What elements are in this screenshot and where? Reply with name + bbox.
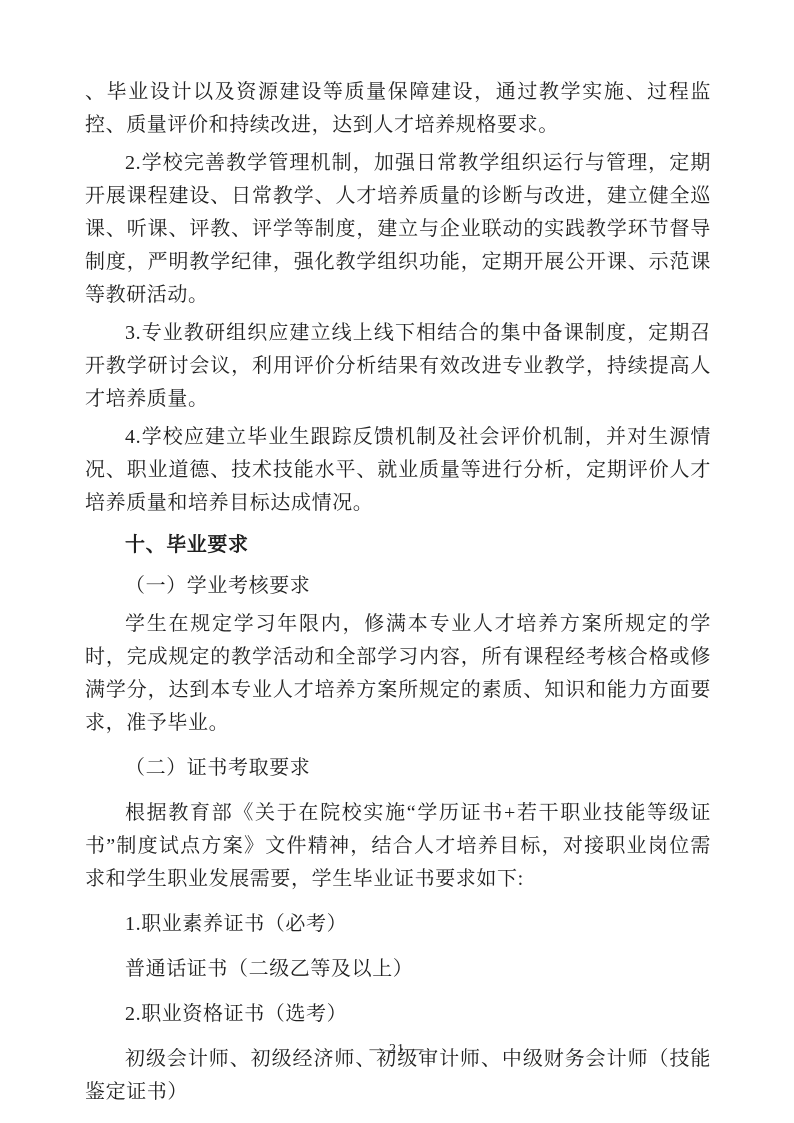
list-item-certificate-1: 1.职业素养证书（必考） xyxy=(85,908,711,941)
list-item-putonghua-certificate: 普通话证书（二级乙等及以上） xyxy=(85,953,711,986)
paragraph-academic-assessment: 学生在规定学习年限内，修满本专业人才培养方案所规定的学时，完成规定的教学活动和全… xyxy=(85,608,711,740)
page-content: 、毕业设计以及资源建设等质量保障建设，通过教学实施、过程监控、质量评价和持续改进… xyxy=(85,76,711,1109)
paragraph-item-4: 4.学校应建立毕业生跟踪反馈机制及社会评价机制，并对生源情况、职业道德、技术技能… xyxy=(85,421,711,520)
subsection-heading-certificate-requirements: （二）证书考取要求 xyxy=(85,752,711,785)
subsection-heading-academic-assessment: （一）学业考核要求 xyxy=(85,570,711,603)
paragraph-item-2: 2.学校完善教学管理机制，加强日常教学组织运行与管理，定期开展课程建设、日常教学… xyxy=(85,147,711,312)
list-item-certificate-2: 2.职业资格证书（选考） xyxy=(85,998,711,1031)
section-heading-graduation-requirements: 十、毕业要求 xyxy=(85,529,711,562)
page-number: — 21 — xyxy=(0,1042,794,1058)
paragraph-certificate-policy: 根据教育部《关于在院校实施“学历证书+若干职业技能等级证书”制度试点方案》文件精… xyxy=(85,797,711,896)
paragraph-continuation: 、毕业设计以及资源建设等质量保障建设，通过教学实施、过程监控、质量评价和持续改进… xyxy=(85,76,711,142)
document-page: 、毕业设计以及资源建设等质量保障建设，通过教学实施、过程监控、质量评价和持续改进… xyxy=(0,0,794,1123)
paragraph-item-3: 3.专业教研组织应建立线上线下相结合的集中备课制度，定期召开教学研讨会议，利用评… xyxy=(85,317,711,416)
